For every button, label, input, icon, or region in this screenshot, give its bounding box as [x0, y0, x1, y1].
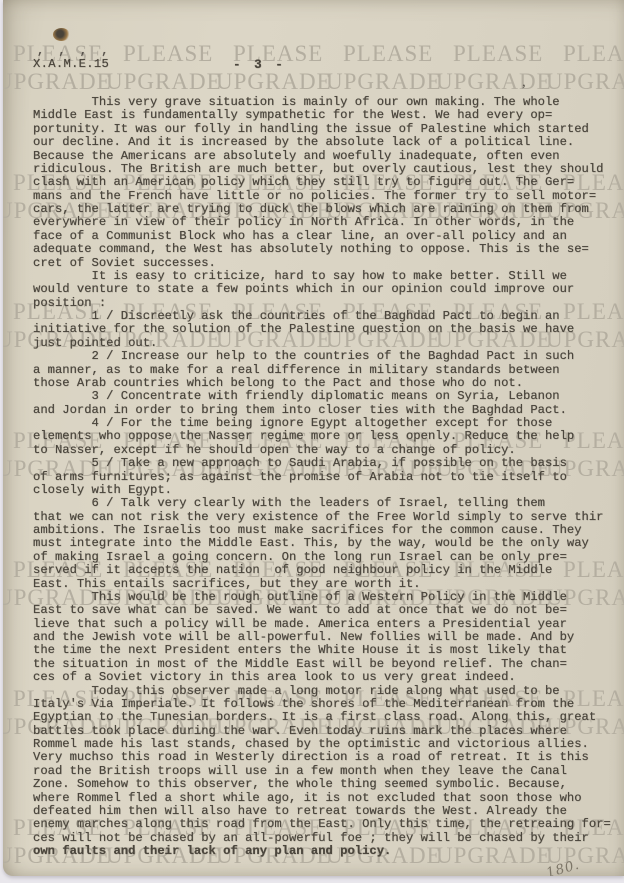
typewritten-line: lieve that such a policy will be made. A…	[33, 618, 621, 631]
typewritten-line: served if it accepts the nation of good …	[33, 564, 621, 577]
watermark-word: UPGRADE	[216, 70, 326, 93]
typewritten-line: the situation in most of the Middle East…	[33, 658, 621, 671]
typed-tick-marks: , , , ,	[37, 44, 108, 58]
typewritten-line: everywhere in view of their policy in No…	[33, 216, 621, 229]
typewritten-line: Middle East is fundamentally sympathetic…	[33, 109, 621, 122]
typewritten-line: to Nasser, except if he should open the …	[33, 444, 621, 457]
typewritten-line: ridiculous. The British are much better,…	[33, 163, 621, 176]
typewritten-line: Egyptian to the Tunesian borders. It is …	[33, 711, 621, 724]
typewritten-line: own faults and their lack of any plan an…	[33, 845, 621, 858]
typewritten-line: Rommel made his last stands, chased by t…	[33, 738, 621, 751]
typewritten-line: Today this observer made a long motor ri…	[33, 685, 621, 698]
typewritten-line: defeated him then will also have to retr…	[33, 805, 621, 818]
typewritten-line: those Arab countries which belong to the…	[33, 377, 621, 390]
typewritten-line: 2 / Increase our help to the countries o…	[33, 350, 621, 363]
typewritten-line: This very grave situation is mainly of o…	[33, 96, 621, 109]
typewritten-line: 6 / Talk very clearly with the leaders o…	[33, 497, 621, 510]
typewritten-line: initiative for the solution of the Pales…	[33, 323, 621, 336]
typewritten-line: Zone. Somehow to this observer, the whol…	[33, 778, 621, 791]
typewritten-line: that we can not risk the very existence …	[33, 511, 621, 524]
page-number: - 3 -	[233, 58, 286, 72]
watermark-word: UPGRADE	[546, 70, 624, 93]
typewritten-line: enemy marches along this road from the E…	[33, 818, 621, 831]
watermark-word: PLEASE	[343, 42, 453, 65]
typewritten-line: This would be the rough outline of a Wes…	[33, 591, 621, 604]
typewritten-line: 4 / For the time being ignore Egypt alto…	[33, 417, 621, 430]
typewritten-line: the time the next President enters the W…	[33, 644, 621, 657]
typewritten-line: 1 / Discreetly ask the countries of the …	[33, 310, 621, 323]
typewritten-line: It is easy to criticize, hard to say how…	[33, 270, 621, 283]
scan-background: { "page": { "reference": "X.A.M.E.15", "…	[0, 0, 624, 883]
watermark-word: PLEASE	[123, 42, 233, 65]
typewritten-line: ces of a Soviet victory in this area loo…	[33, 671, 621, 684]
handwritten-page-number: 180.	[544, 857, 581, 876]
watermark-word: UPGRADE	[106, 70, 216, 93]
typewritten-line: Very muchso this road in Westerly direct…	[33, 751, 621, 764]
typewritten-line: and the Jewish vote will be all-powerful…	[33, 631, 621, 644]
watermark-word: PLEASE	[453, 42, 563, 65]
typewritten-line: must integrate into the Middle East. Thi…	[33, 537, 621, 550]
typewritten-line: road the British troops will use in a fe…	[33, 765, 621, 778]
typewritten-line: cars, the latter are trying to duck the …	[33, 203, 621, 216]
typewritten-line: position :	[33, 297, 621, 310]
typewritten-line: would venture to state a few points whic…	[33, 283, 621, 296]
typewritten-line: elements who oppose the Nasser regime mo…	[33, 430, 621, 443]
watermark-row: UPGRADEUPGRADEUPGRADEUPGRADEUPGRADEUPGRA…	[3, 70, 624, 93]
typewritten-line: 5 / Take a new approach to Saudi Arabia,…	[33, 457, 621, 470]
typewritten-line: ambitions. The Israelis too must make sa…	[33, 524, 621, 537]
watermark-word: PLEASE	[563, 42, 624, 65]
typewritten-line: portunity. It was our folly in handling …	[33, 123, 621, 136]
typewritten-line: East to save what can be saved. We want …	[33, 604, 621, 617]
typewritten-line: our decline. And it is increased by the …	[33, 136, 621, 149]
typewritten-line: battles took place during the war. Even …	[33, 725, 621, 738]
typewritten-line: 3 / Concentrate with friendly diplomatic…	[33, 390, 621, 403]
typewritten-body: This very grave situation is mainly of o…	[33, 96, 621, 858]
typewritten-line: clash with an American policy which they…	[33, 176, 621, 189]
typewritten-line: ces will not be chased by an all-powerfu…	[33, 832, 621, 845]
typewritten-line: closely with Egypt.	[33, 484, 621, 497]
typewritten-line: just pointed out.	[33, 337, 621, 350]
stray-comma-mark: ,	[522, 74, 526, 91]
typewritten-line: where Rommel fled a short while ago, it …	[33, 792, 621, 805]
watermark-word: UPGRADE	[326, 70, 436, 93]
typewritten-line: mans and the French have little or no po…	[33, 190, 621, 203]
watermark-word: UPGRADE	[3, 70, 106, 93]
typewritten-line: adequate command, the West has absolutel…	[33, 243, 621, 256]
typewritten-line: East. This entails sacrifices, but they …	[33, 578, 621, 591]
typewritten-line: of making Israel a going concern. On the…	[33, 551, 621, 564]
ink-stain	[53, 28, 70, 41]
typewritten-line: Because the Americans are absolutely and…	[33, 150, 621, 163]
typewritten-line: of arms furnitures; as against the promi…	[33, 471, 621, 484]
typewritten-line: Italy's Via Imperiale. It follows the sh…	[33, 698, 621, 711]
typewritten-line: a manner, as to make for a real differen…	[33, 364, 621, 377]
typewritten-line: face of a Communist Block who has a clea…	[33, 230, 621, 243]
typewritten-line: cret of Soviet successes.	[33, 257, 621, 270]
watermark-word: UPGRADE	[436, 70, 546, 93]
typewritten-line: and Jordan in order to bring them into c…	[33, 404, 621, 417]
document-reference: X.A.M.E.15	[33, 57, 109, 71]
document-page: PLEASEPLEASEPLEASEPLEASEPLEASEPLEASEUPGR…	[3, 0, 624, 876]
